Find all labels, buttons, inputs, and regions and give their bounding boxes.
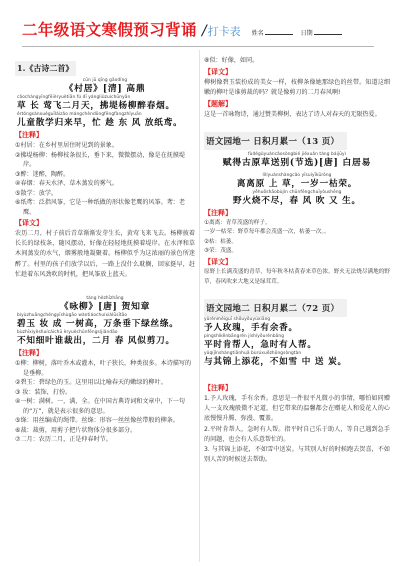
right-column: ⑧似：好像，如同。 【译文】 柳树像碧玉装扮成的美女一样，枝柳条像她那绿色的丝带… bbox=[204, 56, 390, 465]
verse-line: 不知细叶谁裁出，二月 春 风似剪刀。 bbox=[17, 336, 195, 347]
saying-line: 与其锦上添花，不如雪 中 送 炭。 bbox=[204, 357, 390, 368]
note-item: ⑥裁：裁剪，用剪子把片状物体分很多部分。 bbox=[15, 426, 195, 436]
title-slash: / bbox=[202, 23, 207, 39]
notes-tag: 【注释】 bbox=[204, 208, 390, 219]
note-item: ②枯：枯萎。 bbox=[204, 238, 390, 247]
note-item: 一岁一枯荣：野草每年都会茂盛一次，枯萎一次。。 bbox=[204, 228, 390, 237]
note-item: ①村居：在乡村里居住时见到的景象。 bbox=[15, 141, 195, 151]
note-item: ⑤散学：放学。 bbox=[15, 189, 195, 199]
section-title-ancient-poems: 1.《古诗二首》 bbox=[15, 61, 76, 76]
note-item: ④春烟：春天水泽、草木蒸发的雾气。 bbox=[15, 179, 195, 189]
date-label: 日期 bbox=[301, 30, 313, 37]
notes-tag: 【注释】 bbox=[204, 383, 390, 394]
header-divider bbox=[22, 46, 374, 47]
saying-line: 予人玫瑰，手有余香。 bbox=[204, 323, 390, 334]
verse-line: 草 长 莺飞二月天，拂堤杨柳醉春烟。 bbox=[17, 101, 195, 112]
note-item: ②碧玉：碧绿色的玉。这里用以比喻春天的嫩绿的柳叶。 bbox=[15, 378, 195, 388]
sayings-list: yǔrénméiguī shǒuyǒuyúxiāng 予人玫瑰，手有余香。 pí… bbox=[204, 317, 390, 368]
poem-title: 赋得古原草送别(节选)[唐] 白居易 bbox=[204, 158, 390, 169]
note-item: ③醉：迷醉，陶醉。 bbox=[15, 170, 195, 180]
poem-title: 《咏柳》[唐] 贺知章 bbox=[15, 302, 195, 313]
translation-tag: 【译文】 bbox=[15, 218, 195, 229]
name-label: 姓名 bbox=[252, 30, 264, 37]
note-item: ③ 妆：装饰，打扮。 bbox=[15, 388, 195, 398]
column-divider bbox=[199, 50, 200, 562]
page-subtitle: 打卡表 bbox=[208, 25, 241, 38]
note-item: ②拂堤杨柳：杨柳枝条很长，垂下来，微微摆动，像是在抚摸堤岸。 bbox=[15, 151, 195, 170]
section-title-garden-1: 语文园地一 日积月累一（13 页） bbox=[204, 132, 347, 150]
translation-tag: 【译文】 bbox=[204, 257, 390, 268]
note-item: ⑧似：好像，如同。 bbox=[204, 56, 390, 66]
poem-cunju: cūn jū qīng gāodǐng 《村居》[清] 高鼎 cǎochángy… bbox=[15, 78, 195, 129]
translation-text: 柳树像碧玉装扮成的美女一样，枝柳条像她那绿色的丝带。知道这细嫩的柳叶是谁剪裁的吗… bbox=[204, 78, 390, 98]
header-fields: 姓名 日期 bbox=[252, 30, 348, 37]
note-item: ⑥纸鸢：泛指风筝，它是一种纸做的形状像老鹰的风筝。鸢：老鹰。 bbox=[15, 198, 195, 217]
section-title-garden-2: 语文园地二 日积月累二（72 页） bbox=[204, 299, 347, 317]
name-field[interactable] bbox=[265, 28, 293, 35]
notes-tag: 【注释】 bbox=[15, 348, 195, 359]
analysis-text: 这是一首咏物诗，通过赞美柳树，表达了诗人对春天的无限热爱。 bbox=[204, 110, 390, 120]
note-item: 1.予人玫瑰，手有余香。意思是一件很平凡微小的事情，哪怕如同赠人一支玫瑰般微不足… bbox=[204, 394, 390, 425]
verse-line: 野火烧不尽，春 风 吹 又 生。 bbox=[204, 196, 390, 207]
poem-yongliu: táng hèzhīzhāng 《咏柳》[唐] 贺知章 bìyùzhuāngch… bbox=[15, 296, 195, 347]
note-item: ④一树：满树。一，满，全。在中国古典诗词和文章中，下一句的“万”，就是表示很多的… bbox=[15, 397, 195, 416]
poem-fudeguyuan: fùdégǔyuáncǎosòngbié jiéxuǎn táng báijūy… bbox=[204, 152, 390, 207]
note-item: ①离离：青草茂盛的样子。 bbox=[204, 219, 390, 228]
translation-tag: 【译文】 bbox=[204, 67, 390, 78]
note-item: 2.平时肯帮人，急时有人帮。指平时自己乐于助人，等自己遇到急手的问题，也会有人乐… bbox=[204, 425, 390, 445]
page-title: 二年级语文寒假预习背诵 bbox=[22, 20, 197, 39]
verse-line: 儿童散学归来早，忙 趁 东 风 放纸鸢。 bbox=[17, 118, 195, 129]
verse-line: 离离原 上 草，一岁一枯荣。 bbox=[204, 179, 390, 190]
left-column: 1.《古诗二首》 cūn jū qīng gāodǐng 《村居》[清] 高鼎 … bbox=[15, 56, 195, 445]
verse-line: 碧玉 妆 成 一树高，万条垂下绿丝绦。 bbox=[17, 319, 195, 330]
page-header: 二年级语文寒假预习背诵/打卡表 姓名 日期 bbox=[22, 18, 382, 40]
note-item: ①柳：柳树，落叶乔木或灌木，叶子狭长，种类很多。本诗描写的是垂柳。 bbox=[15, 359, 195, 378]
note-item: ⑦二月：农历二月，正是仲春时节。 bbox=[15, 435, 195, 445]
note-item: 3. 与其锦上添花，不如雪中送炭。与其别人好的时候跑去贺喜，不如别人苦的时候送去… bbox=[204, 445, 390, 465]
note-item: ③荣：茂盛。 bbox=[204, 247, 390, 256]
notes-tag: 【注释】 bbox=[15, 130, 195, 141]
note-item: ⑤绦：用丝编成的绳带。丝绦：形容一丝丝像丝带般的柳条。 bbox=[15, 416, 195, 426]
analysis-tag: 【题解】 bbox=[204, 99, 390, 110]
translation-text: 农历二月，村子前后青草渐渐发芽生长，黄莺飞来飞去。杨柳披着长长的绿枝条，随风摆动… bbox=[15, 229, 195, 280]
poem-title: 《村居》[清] 高鼎 bbox=[15, 84, 195, 95]
translation-text: 原野上长满茂盛的青草，每年秋冬枯黄春来草色浓。野火无法烧尽满地的野草，春风吹来大… bbox=[204, 268, 390, 287]
saying-line: 平时肯帮人，急时有人帮。 bbox=[204, 340, 390, 351]
date-field[interactable] bbox=[314, 28, 342, 35]
